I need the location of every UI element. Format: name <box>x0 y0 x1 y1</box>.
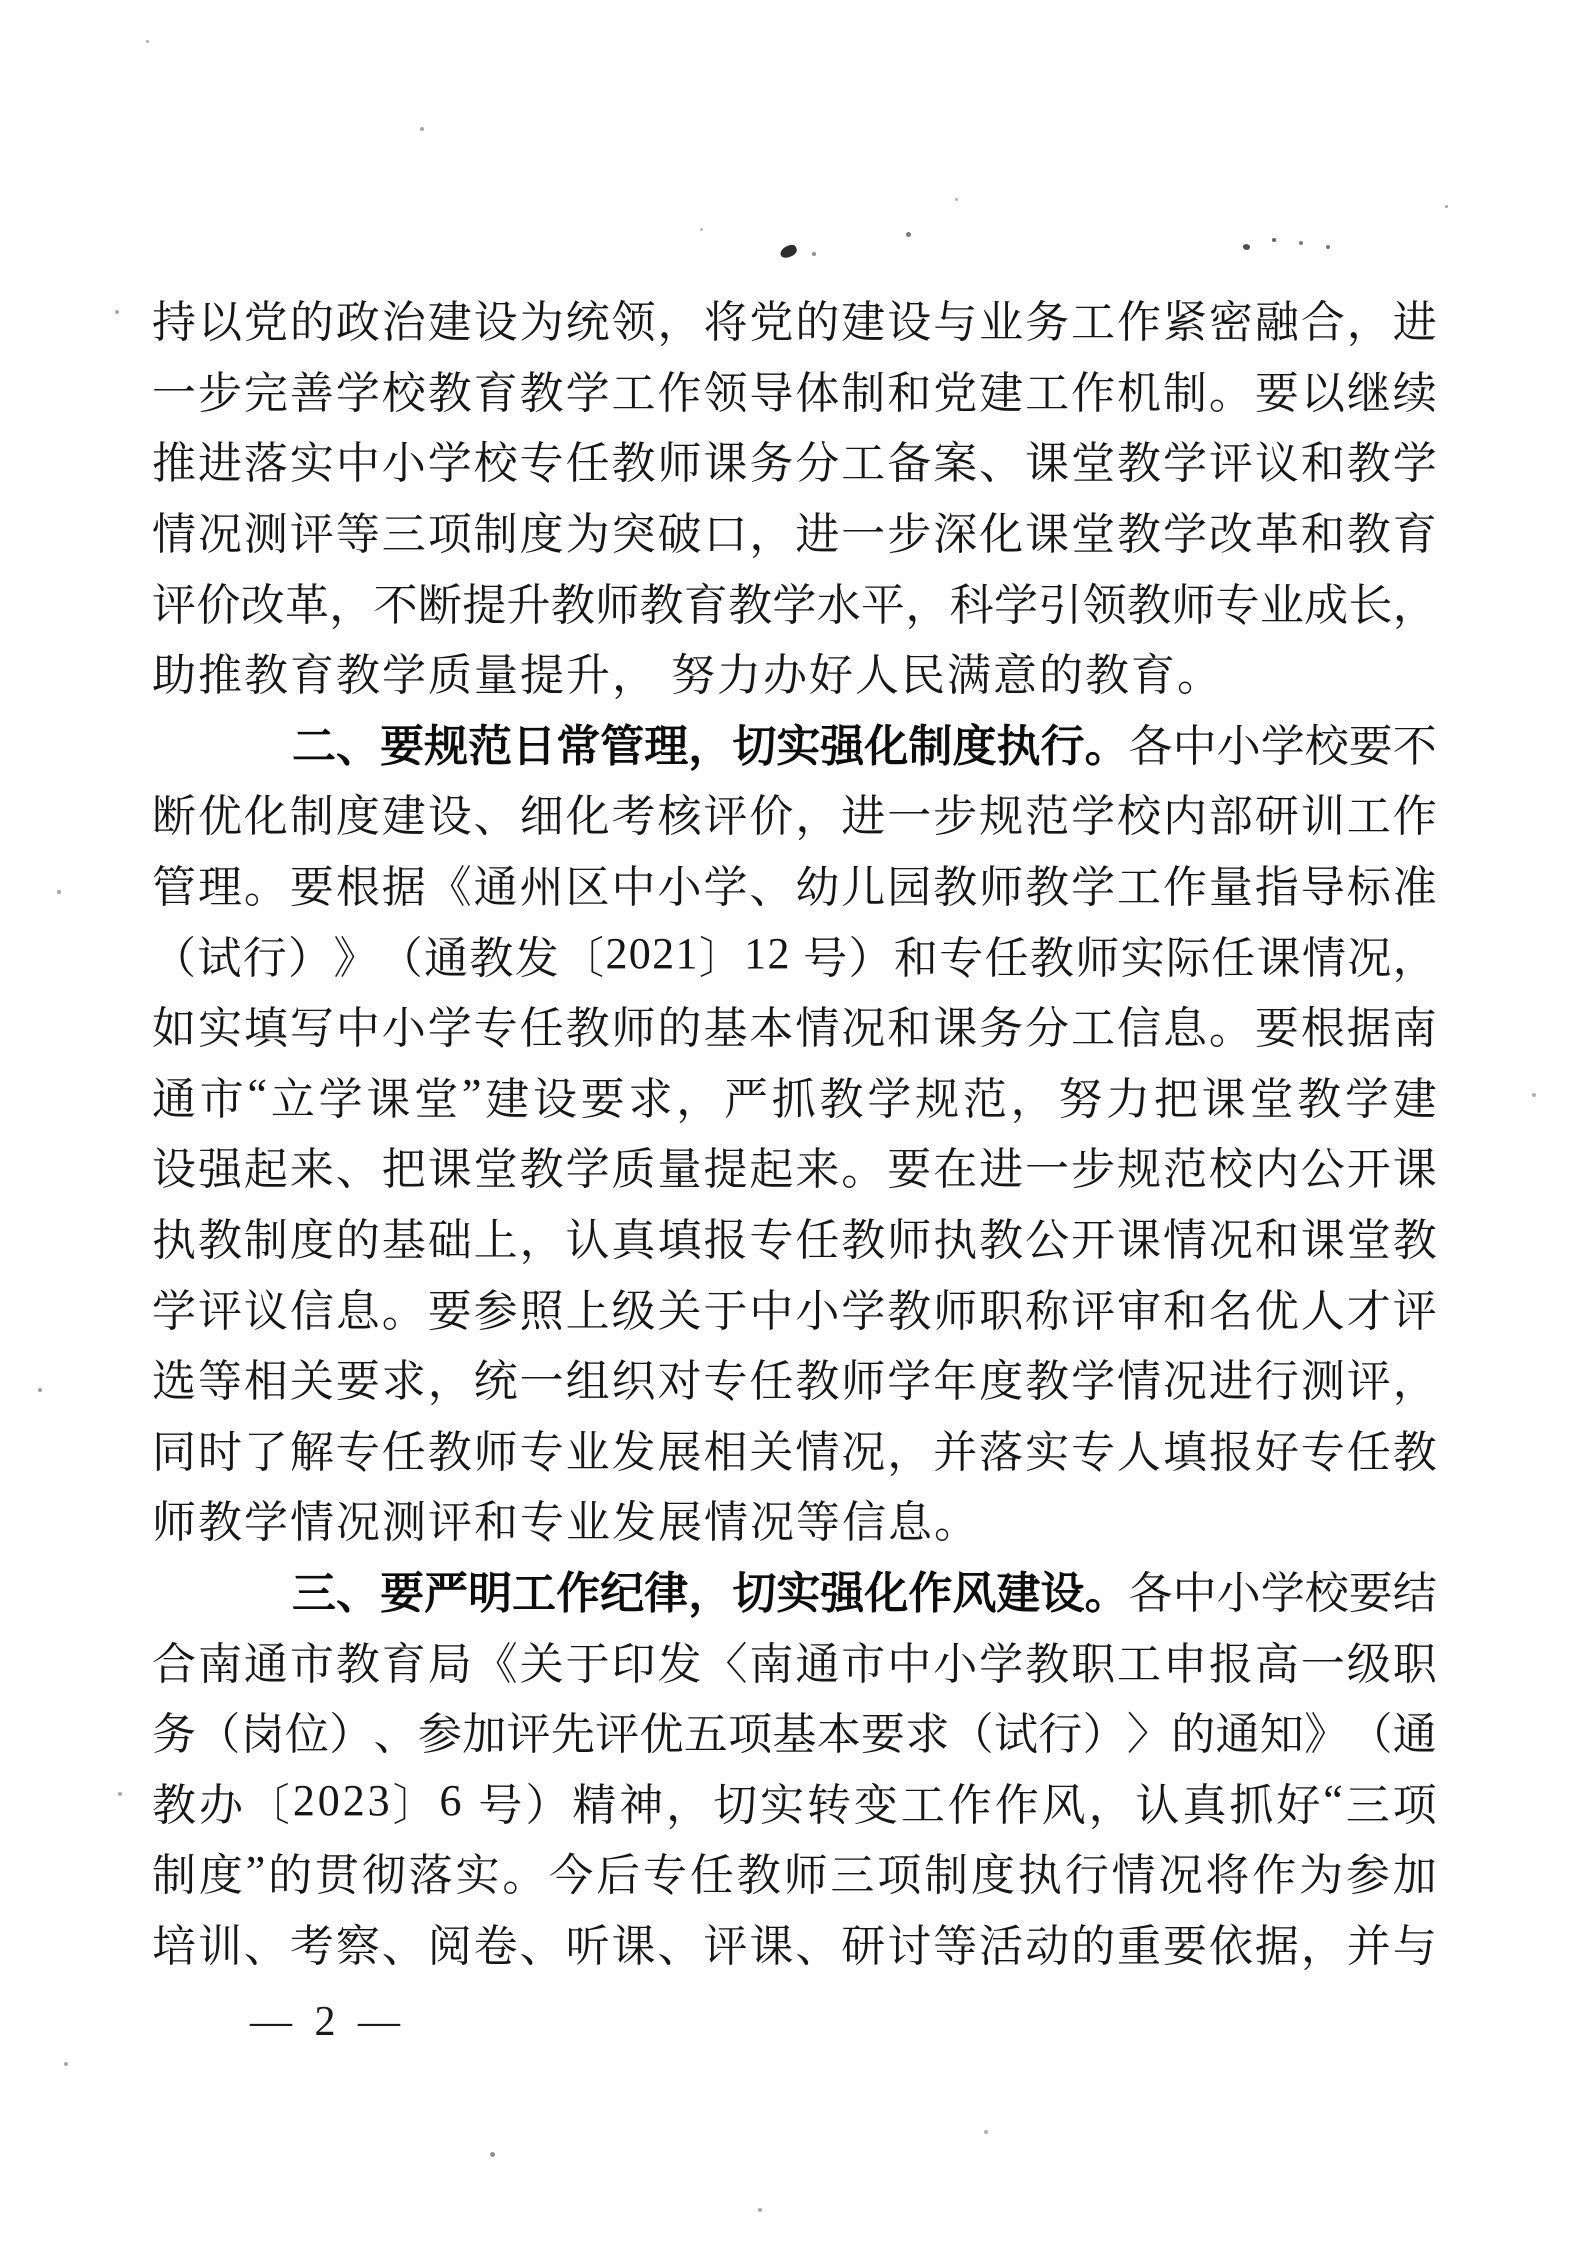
text-line: 师教学情况测评和专业发展情况等信息。 <box>152 1483 1437 1554</box>
text-line: （试行）》（通教发〔2021〕12 号）和专任教师实际任课情况， <box>152 918 1437 989</box>
document-page: 持以党的政治建设为统领，将党的建设与业务工作紧密融合，进一步完善学校教育教学工作… <box>0 0 1587 2244</box>
scan-speckle <box>146 40 149 43</box>
text-line: 同时了解专任教师专业发展相关情况，并落实专人填报好专任教 <box>152 1413 1437 1484</box>
scan-speckle <box>955 198 958 201</box>
text-line: 二、要规范日常管理，切实强化制度执行。各中小学校要不 <box>152 707 1437 778</box>
scan-speckle <box>779 243 799 260</box>
text-line: 助推教育教学质量提升， 努力办好人民满意的教育。 <box>152 636 1437 707</box>
text-line: 培训、考察、阅卷、听课、评课、研讨等活动的重要依据，并与 <box>152 1907 1437 1978</box>
scan-speckle <box>118 1792 122 1796</box>
scan-speckle <box>1242 243 1251 252</box>
scan-speckle <box>1272 238 1276 242</box>
document-body: 持以党的政治建设为统领，将党的建设与业务工作紧密融合，进一步完善学校教育教学工作… <box>152 283 1437 1977</box>
scan-speckle <box>984 2130 988 2134</box>
text-line: 通市“立学课堂”建设要求，严抓教学规范，努力把课堂教学建 <box>152 1060 1437 1131</box>
scan-speckle <box>1445 205 1448 208</box>
scan-speckle <box>38 1388 42 1392</box>
scan-speckle <box>1299 241 1303 245</box>
text-line: 评价改革，不断提升教师教育教学水平，科学引领教师专业成长， <box>152 565 1437 636</box>
scan-speckle <box>1532 1093 1536 1097</box>
text-line: 制度”的贯彻落实。今后专任教师三项制度执行情况将作为参加 <box>152 1836 1437 1907</box>
text-line: 教办〔2023〕6 号）精神，切实转变工作作风，认真抓好“三项 <box>152 1765 1437 1836</box>
scan-speckle <box>906 232 911 237</box>
text-line: 情况测评等三项制度为突破口，进一步深化课堂教学改革和教育 <box>152 495 1437 566</box>
text-line: 三、要严明工作纪律，切实强化作风建设。各中小学校要结 <box>152 1554 1437 1625</box>
text-line: 管理。要根据《通州区中小学、幼儿园教师教学工作量指导标准 <box>152 848 1437 919</box>
scan-speckle <box>812 252 816 256</box>
text-line: 选等相关要求，统一组织对专任教师学年度教学情况进行测评， <box>152 1342 1437 1413</box>
text-line: 学评议信息。要参照上级关于中小学教师职称评审和名优人才评 <box>152 1271 1437 1342</box>
page-number: — 2 — <box>250 1998 406 2046</box>
text-line: 断优化制度建设、细化考核评价，进一步规范学校内部研训工作 <box>152 777 1437 848</box>
scan-speckle <box>490 2152 495 2157</box>
text-line: 推进落实中小学校专任教师课务分工备案、课堂教学评议和教学 <box>152 424 1437 495</box>
text-line: 执教制度的基础上，认真填报专任教师执教公开课情况和课堂教 <box>152 1201 1437 1272</box>
scan-speckle <box>758 2208 762 2212</box>
scan-speckle <box>1326 245 1330 249</box>
scan-speckle <box>700 228 703 231</box>
text-line: 务（岗位）、参加评先评优五项基本要求（试行）〉的通知》（通 <box>152 1695 1437 1766</box>
text-line: 一步完善学校教育教学工作领导体制和党建工作机制。要以继续 <box>152 354 1437 425</box>
text-line: 设强起来、把课堂教学质量提起来。要在进一步规范校内公开课 <box>152 1130 1437 1201</box>
text-line: 如实填写中小学专任教师的基本情况和课务分工信息。要根据南 <box>152 989 1437 1060</box>
text-line: 持以党的政治建设为统领，将党的建设与业务工作紧密融合，进 <box>152 283 1437 354</box>
scan-speckle <box>64 2062 68 2066</box>
scan-speckle <box>420 127 424 131</box>
scan-speckle <box>115 310 119 314</box>
text-line: 合南通市教育局《关于印发〈南通市中小学教职工申报高一级职 <box>152 1624 1437 1695</box>
scan-speckle <box>57 890 61 894</box>
